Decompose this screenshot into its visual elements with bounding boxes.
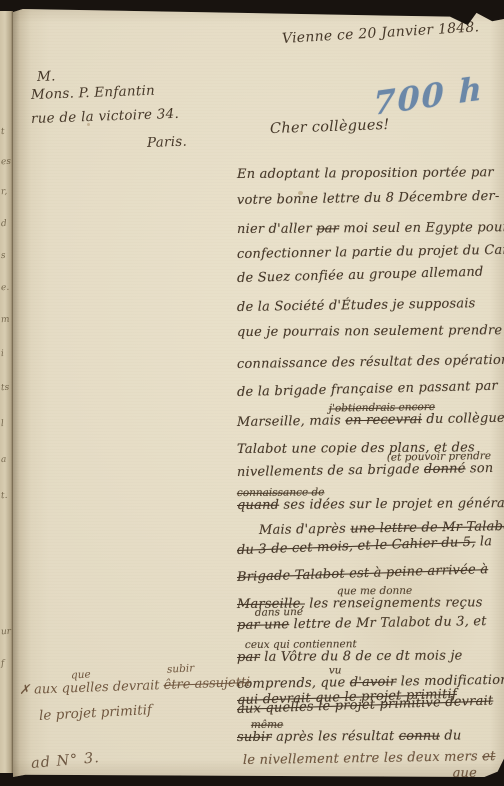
margin-insertion: subir [167, 662, 195, 675]
edge-fragment: t. [1, 491, 8, 501]
manuscript-line: ceux qui contiennentpar la Vôtre du 8 de… [237, 648, 463, 665]
edge-fragment: m [1, 315, 10, 326]
manuscript-line: nier d'aller par moi seul en Egypte pour [237, 220, 504, 237]
address-line: M. [37, 68, 56, 85]
page-binding-edge: t es r, d s e. m i ts l a t. ur f [0, 11, 13, 773]
edge-fragment: es [1, 157, 12, 168]
edge-fragment: ts [1, 383, 10, 394]
folio-mark: ad N° 3. [30, 750, 100, 772]
manuscript-line: (et pouvoir prendrenivellements de sa br… [237, 461, 494, 480]
manuscript-line: de la brigade française en passant par [237, 379, 498, 400]
manuscript-line: que [452, 766, 477, 777]
edge-fragment: ur [1, 627, 12, 638]
manuscript-line: j'obtiendrais encoreMarseille, mais en r… [237, 411, 504, 430]
edge-fragment: l [1, 419, 5, 429]
manuscript-line: En adoptant la proposition portée par [237, 165, 494, 182]
address-line: rue de la victoire 34. [31, 106, 180, 127]
margin-note-line: ✗ aux quelles devrait être assujetti [19, 675, 251, 698]
margin-note-line: le projet primitif [39, 702, 153, 724]
edge-fragment: e. [1, 283, 10, 294]
manuscript-line: connaissance des résultat des opérations [237, 353, 504, 372]
manuscript-line: votre bonne lettre du 8 Décembre der- [237, 189, 500, 208]
edge-fragment: a [1, 455, 7, 465]
edge-fragment: t [1, 127, 5, 137]
letter-body: En adoptant la proposition portée par vo… [237, 9, 504, 777]
letter-scan: t es r, d s e. m i ts l a t. ur f Vienne… [0, 0, 504, 786]
manuscript-line: confectionner la partie du projet du Can… [237, 243, 504, 262]
manuscript-line: de Suez confiée au groupe allemand [237, 265, 484, 286]
margin-insertion: que [71, 668, 91, 681]
manuscript-page: Vienne ce 20 Janvier 1848. 700 h M. Mons… [13, 9, 504, 777]
manuscript-line: mêmesubir après les résultat connu du [237, 728, 462, 745]
edge-fragment: f [1, 659, 5, 669]
manuscript-line: connaissance dequand ses idées sur le pr… [237, 496, 504, 513]
address-line: Mons. P. Enfantin [31, 83, 156, 103]
edge-fragment: d [1, 219, 7, 229]
address-line: Paris. [147, 134, 188, 151]
edge-fragment: s [1, 251, 6, 261]
manuscript-line: Brigade Talabot est à peine arrivée à [237, 562, 489, 585]
manuscript-line: de la Société d'Études je supposais [237, 296, 476, 315]
manuscript-line: que je pourrais non seulement prendre [237, 323, 502, 340]
edge-fragment: r, [1, 187, 8, 197]
manuscript-line: dans unepar une lettre de Mr Talabot du … [237, 614, 487, 633]
edge-fragment: i [1, 349, 5, 359]
